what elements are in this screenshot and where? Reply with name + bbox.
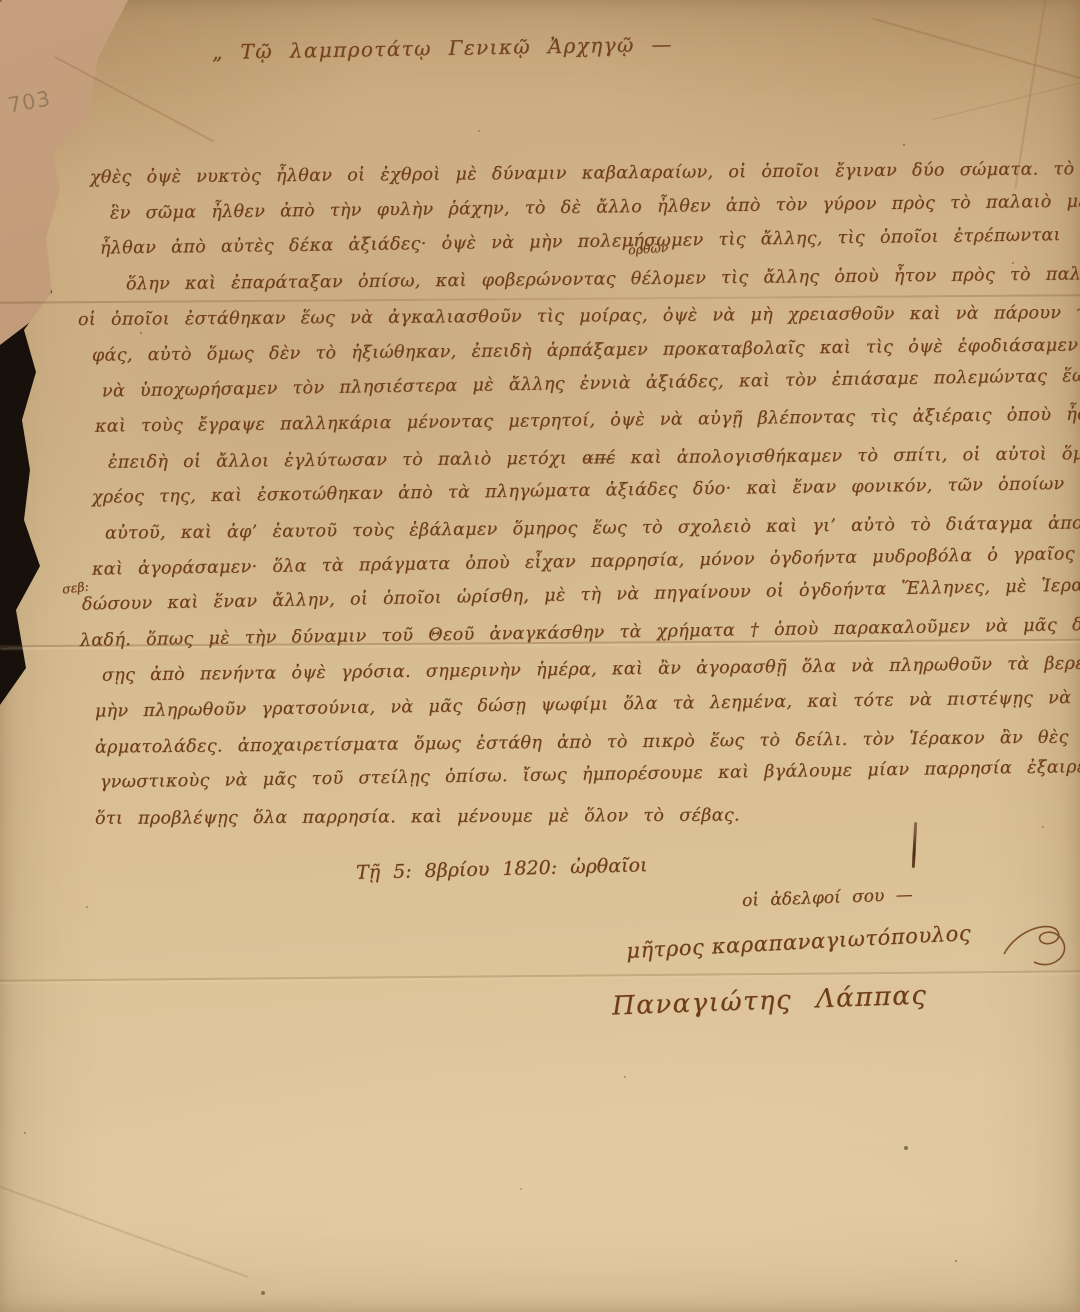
letter-photograph: „ Τῷ λαμπροτάτῳ Γενικῷ Ἀρχηγῷ — 703 χθὲς… bbox=[0, 0, 1080, 1312]
paper-specks bbox=[0, 0, 2, 2]
handwritten-line: ὅτι προβλέψῃς ὅλα παρρησία. καὶ μένουμε … bbox=[70, 804, 1050, 845]
signature-flourish bbox=[1000, 918, 1070, 974]
letter-body: χθὲς ὀψὲ νυκτὸς ἦλθαν οἱ ἐχθροὶ μὲ δύναμ… bbox=[70, 168, 1050, 844]
interlinear-insertion: ὀρθῶν bbox=[628, 240, 669, 258]
